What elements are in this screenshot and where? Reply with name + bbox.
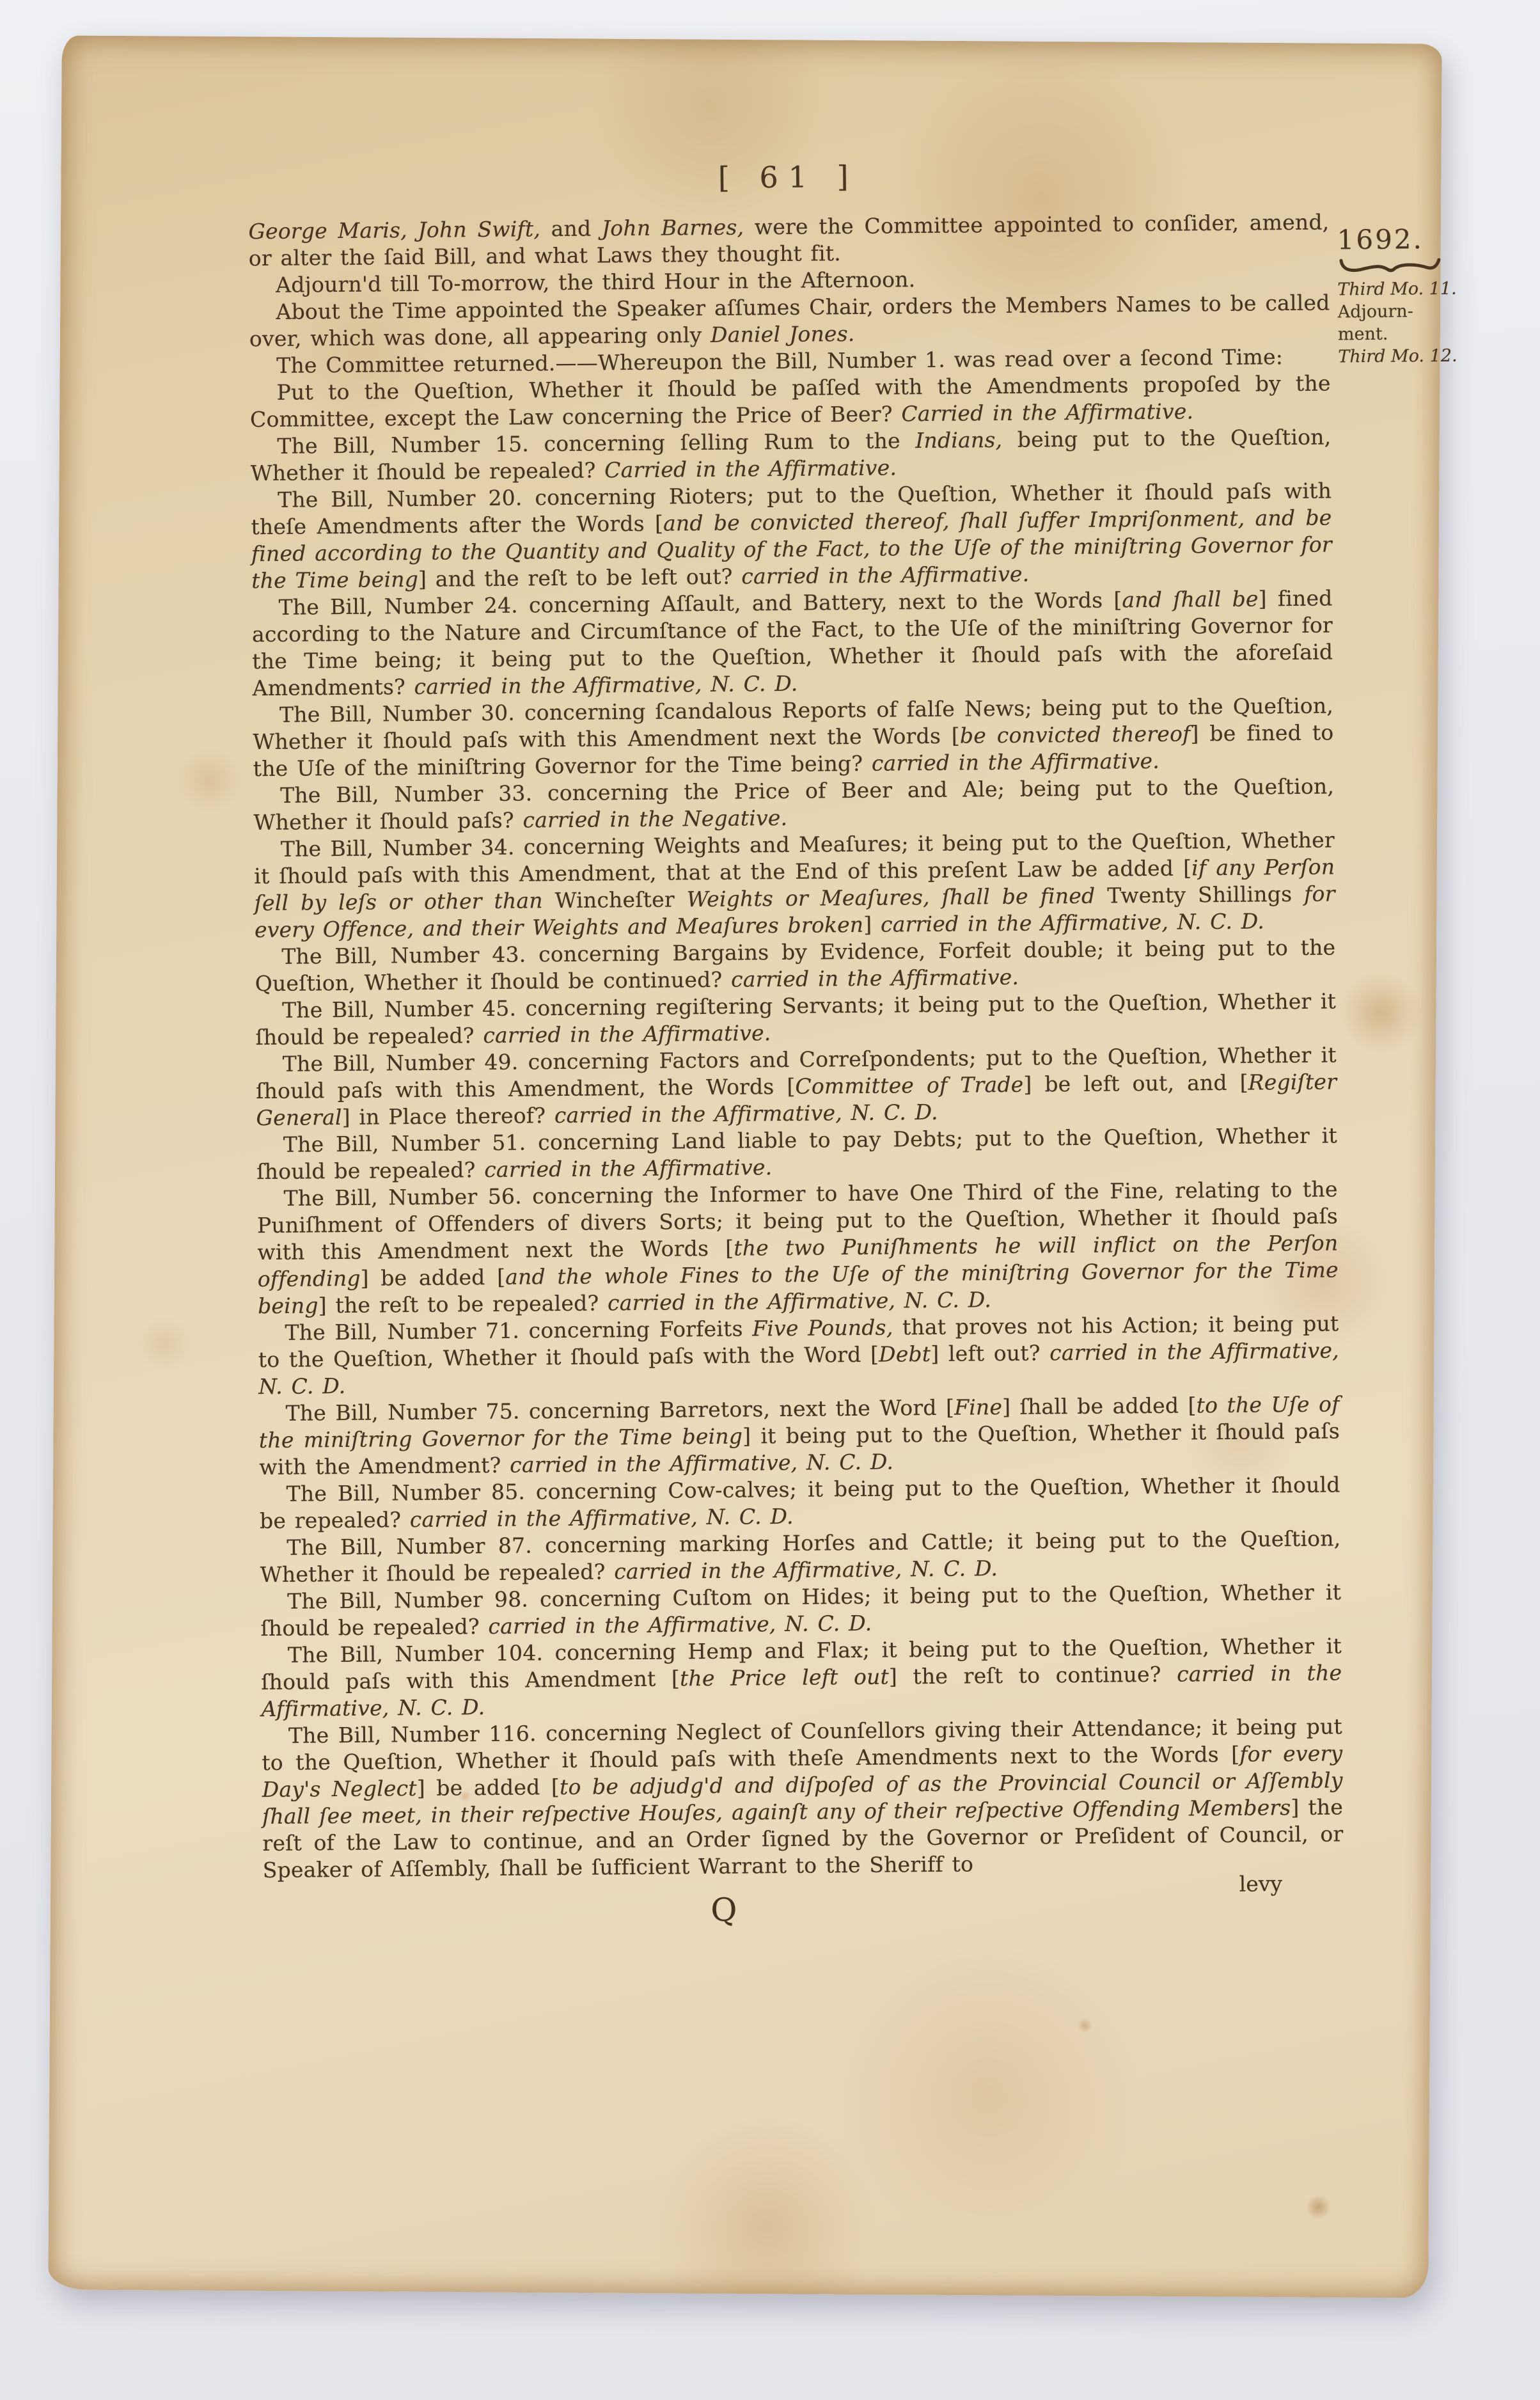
text-run: The Bill, Number 34. concerning Weights …: [254, 827, 1335, 888]
paragraph: The Bill, Number 49. concerning Factors …: [256, 1041, 1337, 1132]
italic-run: carried in the Affirmative, N. C. D.: [414, 671, 797, 699]
italic-run: carried in the Affirmative.: [484, 1155, 772, 1182]
paragraph: The Bill, Number 75. concerning Barretor…: [258, 1391, 1340, 1481]
italic-run: carried in the Affirmative.: [483, 1020, 771, 1048]
printed-area: [ 61 ] 1692. Third Mo. 11.Adjourn-ment.T…: [248, 155, 1344, 1961]
italic-run: carried in the Affirmative.: [741, 562, 1029, 589]
italic-run: Five Pounds,: [752, 1314, 893, 1341]
paragraph: The Bill, Number 15. concerning ſelling …: [250, 423, 1332, 487]
paragraph: The Bill, Number 87. concerning marking …: [260, 1525, 1341, 1588]
paragraph: George Maris, John Swift, and John Barne…: [248, 209, 1330, 272]
italic-run: John Barnes,: [602, 214, 744, 241]
italic-run: Carried in the Affirmative.: [604, 455, 897, 482]
text-run: The Bill, Number 51. concerning Land lia…: [256, 1123, 1337, 1184]
paragraph: The Bill, Number 104. concerning Hemp an…: [261, 1632, 1342, 1723]
paragraph: Put to the Queſtion, Whether it ſhould b…: [249, 370, 1331, 433]
italic-run: carried in the Affirmative, N. C. D.: [881, 908, 1264, 936]
italic-run: Carried in the Affirmative.: [901, 399, 1193, 426]
italic-run: carried in the Affirmative, N. C. D.: [614, 1556, 998, 1584]
text-run: The Bill, Number 15. concerning ſelling …: [277, 428, 915, 459]
margin-note: ment.: [1338, 322, 1491, 345]
paragraph: The Bill, Number 43. concerning Bargains…: [255, 934, 1336, 997]
italic-run: carried in the Affirmative.: [872, 748, 1159, 776]
paragraph: The Bill, Number 85. concerning Cow-calv…: [260, 1471, 1341, 1535]
text-run: The Bill, Number 75. concerning Barretor…: [285, 1395, 954, 1426]
page-foot: Q levy: [263, 1874, 1344, 1961]
text-run: The Bill, Number 33. concerning the Pric…: [253, 773, 1334, 835]
catchword: levy: [1239, 1871, 1283, 1897]
paragraph: About the Time appointed the Speaker aſſ…: [249, 289, 1330, 352]
margin-note: Third Mo. 12.: [1338, 344, 1491, 368]
italic-run: John Swift,: [418, 216, 540, 242]
paragraph: The Bill, Number 71. concerning Forfeits…: [258, 1310, 1339, 1400]
text-run: ] be added [: [417, 1774, 560, 1801]
text-run: ] be left out, and [: [1023, 1070, 1248, 1097]
italic-run: Committee of Trade: [795, 1072, 1023, 1099]
paragraph: The Bill, Number 98. concerning Cuſtom o…: [260, 1579, 1342, 1642]
italic-run: carried in the Affirmative, N. C. D.: [410, 1504, 794, 1532]
italic-run: Indians,: [915, 427, 1002, 453]
italic-run: carried in the Negative.: [522, 805, 787, 833]
paragraph: The Bill, Number 116. concerning Neglect…: [262, 1713, 1344, 1884]
margin-year: 1692.: [1337, 223, 1490, 255]
text-run: and: [540, 216, 602, 241]
brace-ornament: [1339, 256, 1441, 276]
italic-run: and ſhall be: [1122, 586, 1259, 612]
paragraph: The Bill, Number 24. concerning Aſſault,…: [251, 585, 1333, 702]
text-run: ] left out?: [931, 1340, 1049, 1366]
text-run: Adjourn'd till To-morrow, the third Hour…: [276, 267, 915, 297]
text-run: ] the reſt to be repealed?: [318, 1290, 608, 1318]
italic-run: Fine: [954, 1394, 1002, 1420]
italic-run: Daniel Jones.: [711, 321, 855, 347]
paragraph: The Bill, Number 34. concerning Weights …: [254, 826, 1335, 943]
italic-run: George Maris,: [248, 217, 407, 244]
margin-note: Third Mo. 11.: [1337, 277, 1491, 301]
text-run: The Bill, Number 45. concerning regiſter…: [255, 988, 1336, 1050]
text-run: Twenty Shillings: [1107, 881, 1292, 908]
page-number: [ 61 ]: [248, 155, 1329, 199]
italic-run: Weights or Meaſures, ſhall be fined: [675, 883, 1108, 912]
margin-note: Adjourn-: [1337, 299, 1491, 323]
italic-run: the Price left out: [680, 1664, 889, 1691]
signature-mark: Q: [711, 1891, 737, 1929]
text-run: The Bill, Number 71. concerning Forfeits: [285, 1316, 752, 1345]
text-run: ] in Place thereof?: [342, 1103, 554, 1130]
text-run: ]: [863, 912, 881, 937]
italic-run: carried in the Affirmative.: [731, 965, 1019, 992]
paragraph: The Bill, Number 20. concerning Rioters;…: [251, 477, 1332, 594]
text-run: [407, 217, 418, 242]
margin-notes: 1692. Third Mo. 11.Adjourn-ment.Third Mo…: [1337, 223, 1491, 368]
paragraph: The Bill, Number 45. concerning regiſter…: [255, 988, 1337, 1051]
italic-run: carried in the Affirmative, N. C. D.: [608, 1287, 991, 1315]
italic-run: carried in the Affirmative, N. C. D.: [510, 1449, 893, 1477]
italic-run: be convicted thereof: [960, 721, 1191, 748]
italic-run: carried in the Affirmative, N. C. D.: [554, 1100, 938, 1128]
text-run: ] be added [: [361, 1265, 506, 1291]
text-run: The Bill, Number 116. concerning Neglect…: [262, 1714, 1342, 1775]
italic-run: Debt: [879, 1341, 931, 1367]
text-run: ] the reſt to continue?: [889, 1662, 1177, 1689]
paragraph: The Bill, Number 56. concerning the Info…: [256, 1176, 1339, 1320]
body-text: George Maris, John Swift, and John Barne…: [248, 209, 1344, 1884]
paragraph: The Bill, Number 51. concerning Land lia…: [256, 1122, 1338, 1185]
paragraph: The Bill, Number 33. concerning the Pric…: [253, 773, 1335, 836]
text-run: ] ſhall be added [: [1002, 1393, 1197, 1419]
italic-run: carried in the Affirmative, N. C. D.: [488, 1611, 872, 1639]
document-page: [ 61 ] 1692. Third Mo. 11.Adjourn-ment.T…: [48, 35, 1442, 2298]
margin-note-list: Third Mo. 11.Adjourn-ment.Third Mo. 12.: [1337, 277, 1491, 368]
text-run: ] and the reſt to be left out?: [418, 564, 742, 592]
paragraph: The Bill, Number 30. concerning ſcandalo…: [253, 692, 1334, 782]
text-run: Wincheſter: [554, 887, 675, 913]
